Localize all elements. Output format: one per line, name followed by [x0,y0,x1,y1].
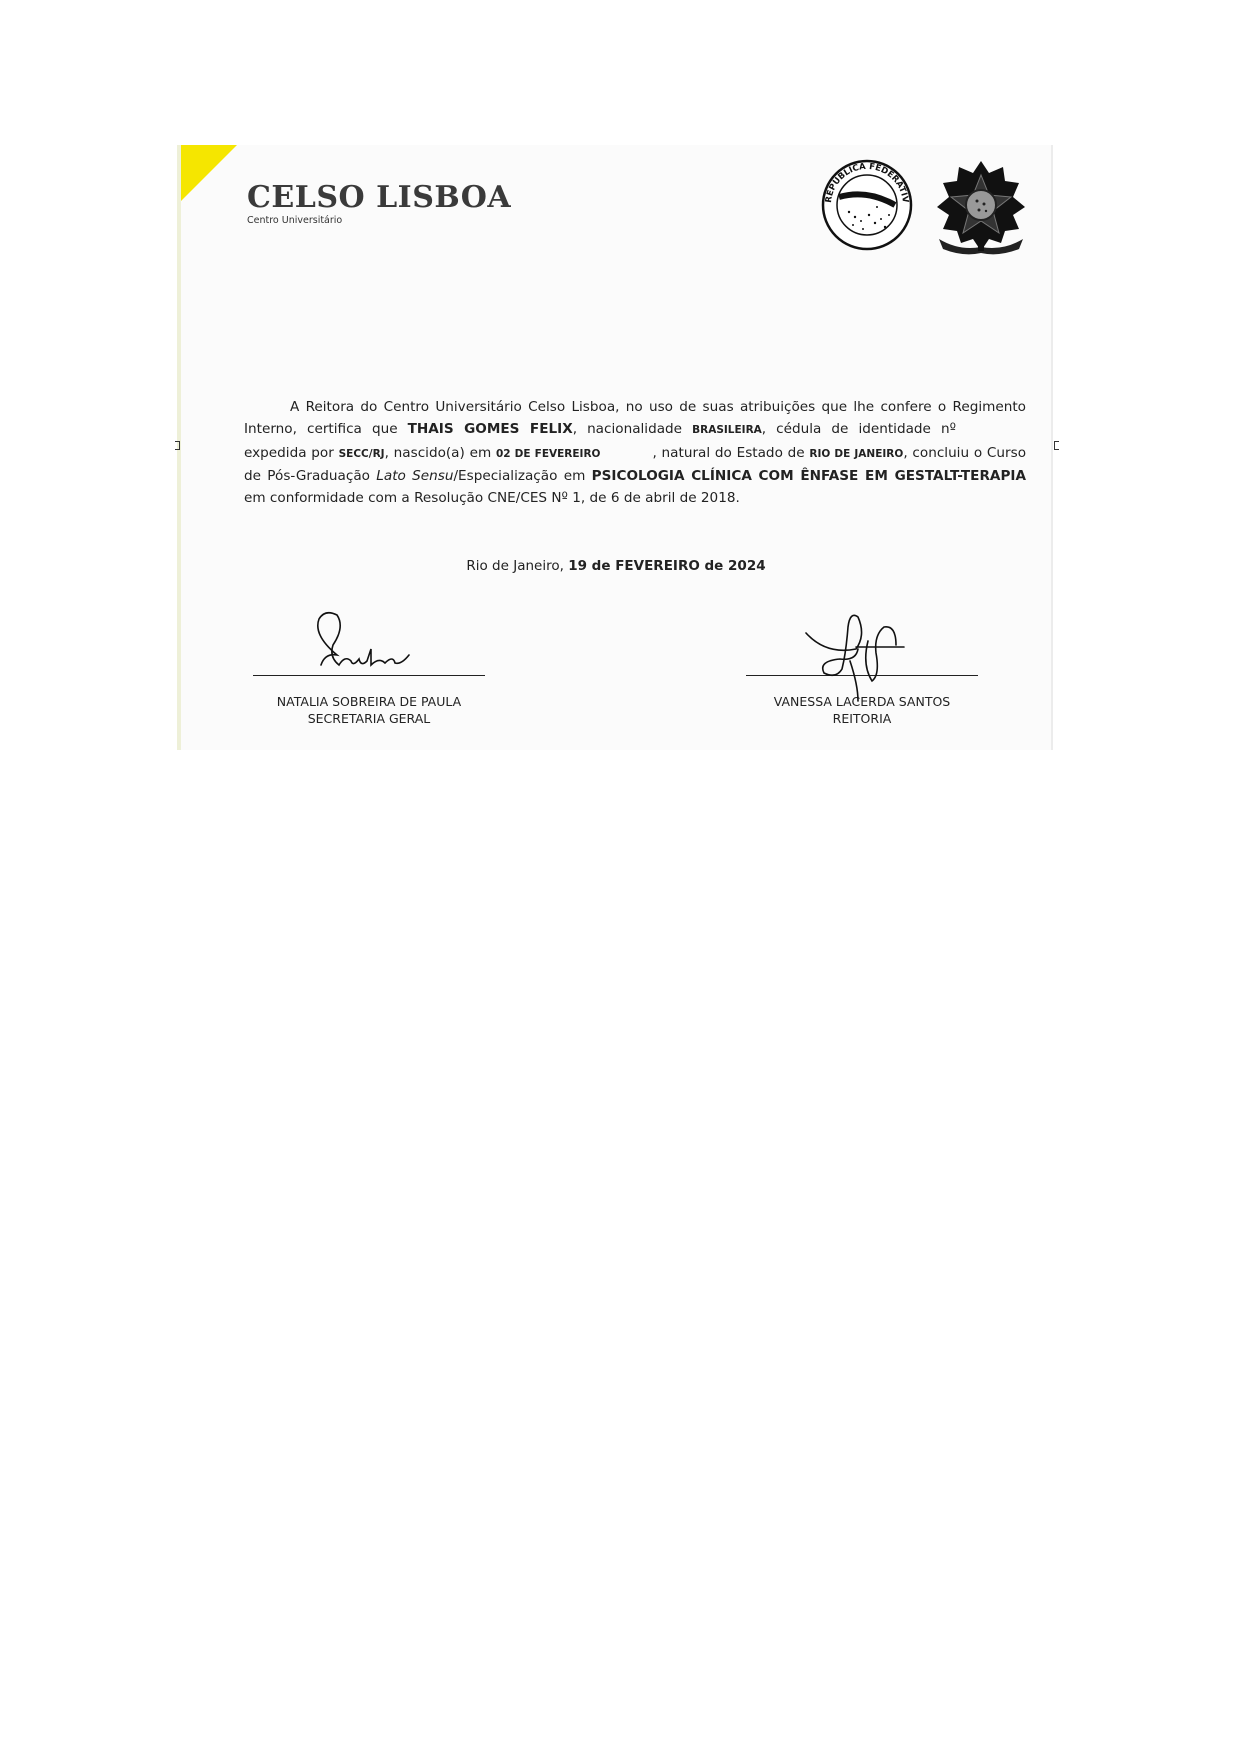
signature-icon [253,605,485,675]
institution-name: CELSO LISBOA [247,183,511,213]
edge-mark [175,441,180,450]
edge-mark [1054,441,1059,450]
issue-date-text: 19 de FEVEREIRO de 2024 [568,558,765,574]
signature-icon [746,605,978,675]
lato-sensu: Lato Sensu [376,468,453,484]
institution-logo: CELSO LISBOA Centro Universitário [247,183,511,226]
body-text-6: , natural do Estado de [652,445,809,461]
certificate: CELSO LISBOA Centro Universitário REPUBL… [177,145,1053,750]
certificate-body: A Reitora do Centro Universitário Celso … [244,396,1026,509]
signatory-role: SECRETARIA GERAL [253,710,485,727]
body-text-5: , nascido(a) em [385,445,496,461]
birth-state: RIO DE JANEIRO [809,448,903,460]
body-text-3: , cédula de identidade nº [762,421,956,437]
institution-subtitle: Centro Universitário [247,215,511,226]
republica-federativa-seal-icon: REPUBLICA FEDERATIVA DO BRASIL [819,157,915,257]
issue-date: Rio de Janeiro, 19 de FEVEREIRO de 2024 [181,558,1051,574]
student-name: THAIS GOMES FELIX [408,421,573,437]
body-text-8: /Especialização em [453,468,591,484]
course-name: PSICOLOGIA CLÍNICA COM ÊNFASE EM GESTALT… [592,468,1026,484]
signatory-name: NATALIA SOBREIRA DE PAULA [253,693,485,710]
signature-line [253,675,485,676]
issuer: SECC/RJ [339,448,385,460]
body-text-9: em conformidade com a Resolução CNE/CES … [244,490,740,506]
body-text-4: expedida por [244,445,339,461]
nationality: BRASILEIRA [692,424,762,436]
signature-block-reitoria: VANESSA LACERDA SANTOS REITORIA [746,605,978,727]
brazil-coat-of-arms-icon [929,157,1033,265]
issue-place: Rio de Janeiro, [466,558,568,574]
yellow-corner-accent [181,145,237,201]
signatory-role: REITORIA [746,710,978,727]
signature-block-secretaria: NATALIA SOBREIRA DE PAULA SECRETARIA GER… [253,605,485,727]
birth-date: 02 DE FEVEREIRO [496,448,601,460]
body-text-2: , nacionalidade [573,421,692,437]
